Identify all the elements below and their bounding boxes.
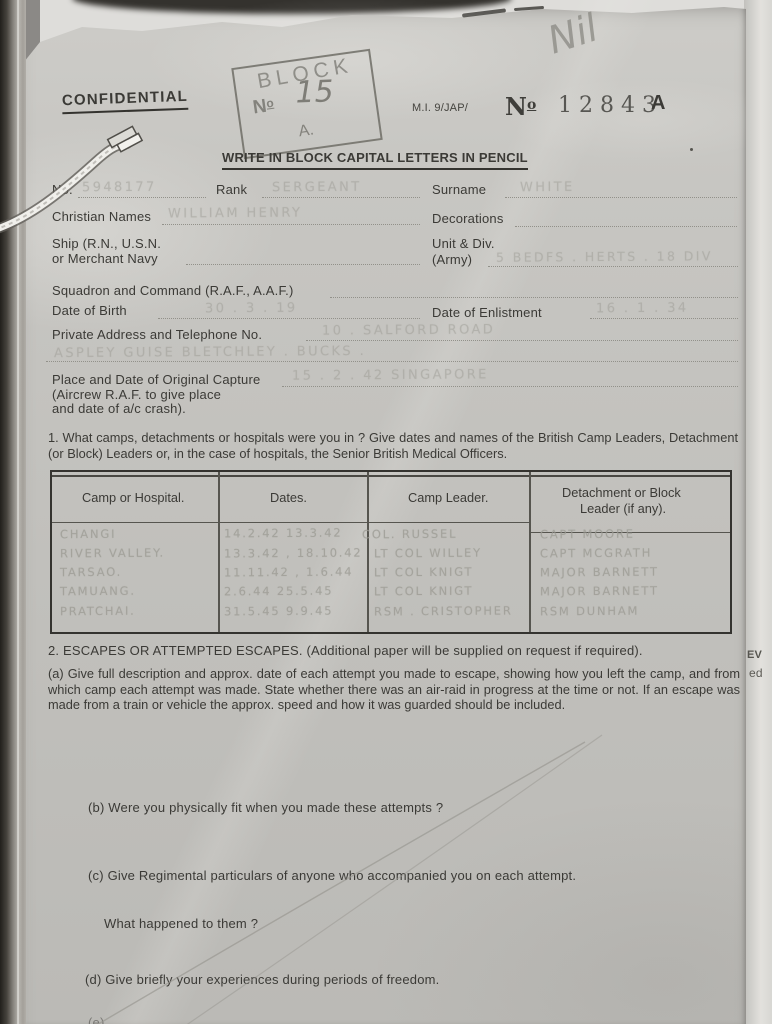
treasury-tag-string <box>0 100 180 260</box>
scanned-document-page: EV ed CONFIDENTIAL BLOCK No 15 A. Nil M.… <box>0 0 772 1024</box>
